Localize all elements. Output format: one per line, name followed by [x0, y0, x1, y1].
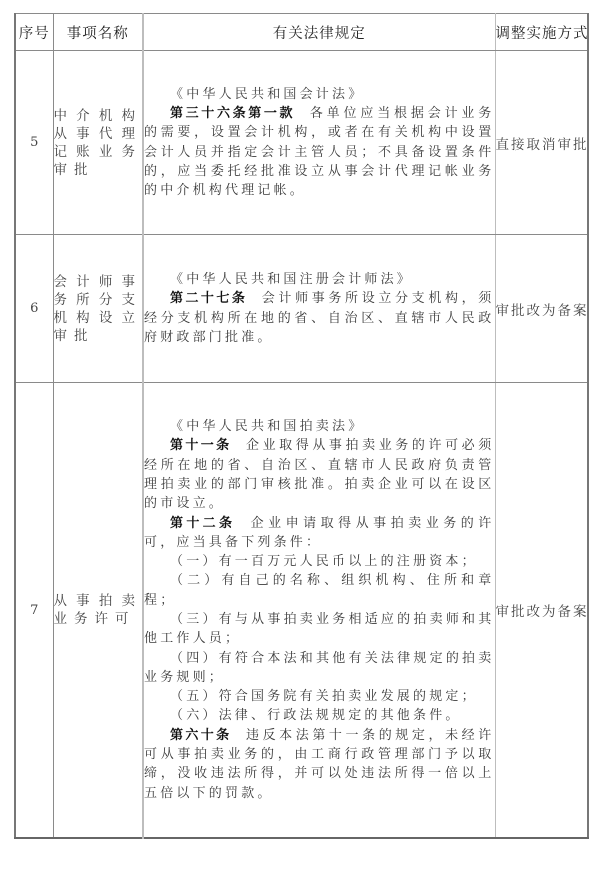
- header-seq: 序号: [15, 14, 53, 51]
- article-item: （六）法律、行政法规规定的其他条件。: [144, 706, 495, 725]
- law-article: 第六十条违反本法第十一条的规定，未经许可从事拍卖业务的，由工商行政管理部门予以取…: [144, 726, 495, 803]
- row-mode: 审批改为备案: [495, 235, 588, 383]
- row-law: 《中华人民共和国注册会计师法》 第二十七条会计师事务所设立分支机构，须经分支机构…: [143, 235, 495, 383]
- table-row: 6 会计师事务所分支机构设立审批 《中华人民共和国注册会计师法》 第二十七条会计…: [15, 235, 588, 383]
- article-heading: 第二十七条: [170, 291, 247, 306]
- law-article: 第三十六条第一款各单位应当根据会计业务的需要，设置会计机构，或者在有关机构中设置…: [144, 104, 495, 200]
- table-header-row: 序号 事项名称 有关法律规定 调整实施方式: [15, 14, 588, 51]
- article-item: （四）有符合本法和其他有关法律规定的拍卖业务规则；: [144, 649, 495, 688]
- row-item-name: 会计师事务所分支机构设立审批: [53, 235, 143, 383]
- row-seq: 5: [15, 51, 53, 235]
- law-article: 第二十七条会计师事务所设立分支机构，须经分支机构所在地的省、自治区、直辖市人民政…: [144, 289, 495, 347]
- article-heading: 第十一条: [170, 438, 232, 453]
- header-law: 有关法律规定: [143, 14, 495, 51]
- law-article: 第十二条企业申请取得从事拍卖业务的许可，应当具备下列条件：: [144, 514, 495, 553]
- regulation-table: 序号 事项名称 有关法律规定 调整实施方式 5 中介机构从事代理记账业务审批 《…: [14, 13, 589, 839]
- law-article: 第十一条企业取得从事拍卖业务的许可必须经所在地的省、自治区、直辖市人民政府负责管…: [144, 436, 495, 513]
- law-title: 《中华人民共和国注册会计师法》: [144, 270, 495, 289]
- article-heading: 第三十六条第一款: [170, 106, 295, 121]
- row-item-name: 从事拍卖业务许可: [53, 383, 143, 839]
- row-mode: 直接取消审批: [495, 51, 588, 235]
- article-heading: 第十二条: [170, 516, 235, 531]
- article-heading: 第六十条: [170, 728, 232, 743]
- article-item: （二）有自己的名称、组织机构、住所和章程；: [144, 571, 495, 610]
- row-seq: 7: [15, 383, 53, 839]
- row-mode: 审批改为备案: [495, 383, 588, 839]
- header-item-name: 事项名称: [53, 14, 143, 51]
- row-item-name: 中介机构从事代理记账业务审批: [53, 51, 143, 235]
- row-law: 《中华人民共和国会计法》 第三十六条第一款各单位应当根据会计业务的需要，设置会计…: [143, 51, 495, 235]
- table-row: 7 从事拍卖业务许可 《中华人民共和国拍卖法》 第十一条企业取得从事拍卖业务的许…: [15, 383, 588, 839]
- article-item: （五）符合国务院有关拍卖业发展的规定；: [144, 687, 495, 706]
- article-item: （三）有与从事拍卖业务相适应的拍卖师和其他工作人员；: [144, 610, 495, 649]
- article-item: （一）有一百万元人民币以上的注册资本；: [144, 552, 495, 571]
- header-mode: 调整实施方式: [495, 14, 588, 51]
- law-title: 《中华人民共和国会计法》: [144, 85, 495, 104]
- row-seq: 6: [15, 235, 53, 383]
- table-row: 5 中介机构从事代理记账业务审批 《中华人民共和国会计法》 第三十六条第一款各单…: [15, 51, 588, 235]
- row-law: 《中华人民共和国拍卖法》 第十一条企业取得从事拍卖业务的许可必须经所在地的省、自…: [143, 383, 495, 839]
- law-title: 《中华人民共和国拍卖法》: [144, 417, 495, 436]
